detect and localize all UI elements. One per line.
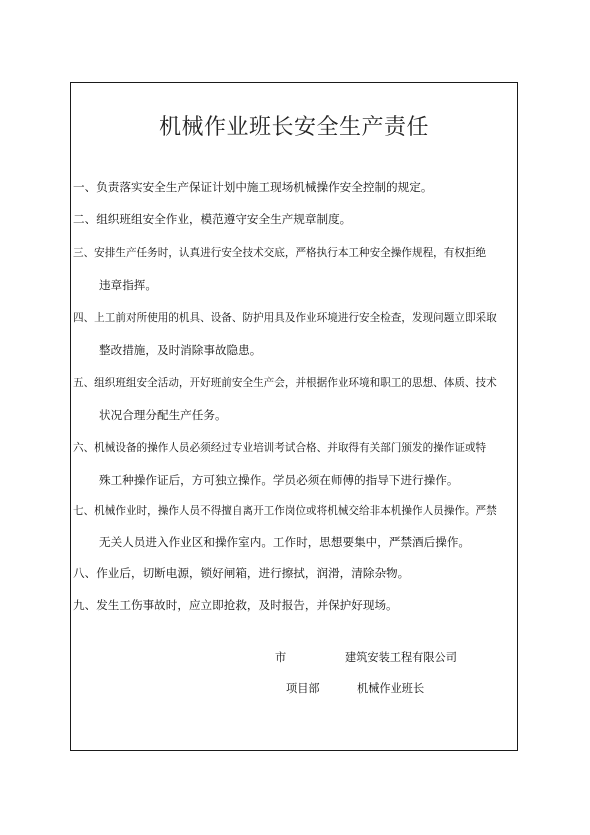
item-6-line-2: 殊工种操作证后，方可独立操作。学员必须在师傅的指导下进行操作。 bbox=[99, 472, 458, 488]
item-4-line-1: 四、上工前对所使用的机具、设备、防护用具及作业环境进行安全检查，发现问题立即采取 bbox=[73, 310, 497, 325]
item-2-line-1: 二、组织班组安全作业，模范遵守安全生产规章制度。 bbox=[73, 211, 351, 227]
item-9-line-1: 九、发生工伤事故时，应立即抢救，及时报告，并保护好现场。 bbox=[73, 597, 398, 613]
item-8-line-1: 八、作业后，切断电源，锁好闸箱，进行擦拭，润滑，清除杂物。 bbox=[73, 565, 409, 581]
item-3-line-2: 违章指挥。 bbox=[99, 277, 157, 293]
document-sheet: 机械作业班长安全生产责任 一、负责落实安全生产保证计划中施工现场机械操作安全控制… bbox=[70, 82, 518, 751]
item-7-line-1: 七、机械作业时，操作人员不得擅自离开工作岗位或将机械交给非本机操作人员操作。严禁 bbox=[73, 503, 497, 518]
item-5-line-2: 状况合理分配生产任务。 bbox=[99, 407, 227, 423]
item-6-line-1: 六、机械设备的操作人员必须经过专业培训考试合格、并取得有关部门颁发的操作证或特 bbox=[73, 440, 486, 455]
footer-city-label: 市 bbox=[275, 649, 286, 665]
footer-position: 机械作业班长 bbox=[357, 680, 424, 696]
footer-dept-label: 项目部 bbox=[286, 680, 320, 696]
item-7-line-2: 无关人员进入作业区和操作室内。工作时，思想要集中，严禁酒后操作。 bbox=[99, 534, 470, 550]
item-3-line-1: 三、安排生产任务时，认真进行安全技术交底，严格执行本工种安全操作规程，有权拒绝 bbox=[73, 245, 486, 260]
item-1-line-1: 一、负责落实安全生产保证计划中施工现场机械操作安全控制的规定。 bbox=[73, 179, 432, 195]
item-5-line-1: 五、组织班组安全活动，开好班前安全生产会，并根据作业环境和职工的思想、体质、技术 bbox=[73, 375, 497, 390]
document-title: 机械作业班长安全生产责任 bbox=[71, 110, 517, 141]
item-4-line-2: 整改措施，及时消除事故隐患。 bbox=[99, 342, 261, 358]
footer-company: 建筑安装工程有限公司 bbox=[345, 649, 457, 665]
